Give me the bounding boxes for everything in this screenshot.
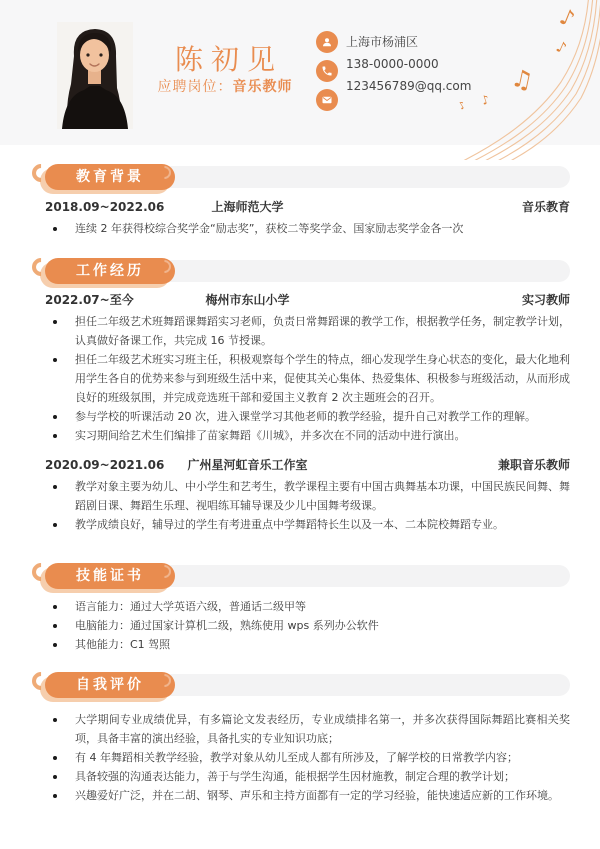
section-header-self-evaluation: 自我评价: [45, 672, 570, 698]
bullet-item: 教学对象主要为幼儿、中小学生和艺考生，教学课程主要有中国古典舞基本功课，中国民族…: [45, 477, 570, 515]
section-header-work: 工作经历: [45, 258, 570, 284]
education-bullet-list: 连续 2 年获得校综合奖学金“励志奖”，获校二等奖学金、国家励志奖学金各一次: [45, 219, 570, 238]
bullet-item: 电脑能力：通过国家计算机二级，熟练使用 wps 系列办公软件: [45, 616, 570, 635]
section-title-badge: 工作经历: [45, 258, 175, 284]
bullet-item: 大学期间专业成绩优异，有多篇论文发表经历，专业成绩排名第一，并多次获得国际舞蹈比…: [45, 710, 570, 748]
entry-organization: 梅州市东山小学: [45, 291, 450, 308]
bullet-item: 实习期间给艺术生们编排了苗家舞蹈《川城》，并多次在不同的活动中进行演出。: [45, 426, 570, 445]
bullet-item: 教学成绩良好，辅导过的学生有考进重点中学舞蹈特长生以及一本、二本院校舞蹈专业。: [45, 515, 570, 534]
entry-organization: 上海师范大学: [45, 198, 450, 215]
entry-role: 音乐教育: [522, 198, 570, 215]
section-header-skills: 技能证书: [45, 563, 570, 589]
entry-role: 兼职音乐教师: [498, 456, 570, 473]
bullet-item: 参与学校的听课活动 20 次，进入课堂学习其他老师的教学经验，提升自己对教学工作…: [45, 407, 570, 426]
bullet-item: 担任二年级艺术班实习班主任，积极观察每个学生的特点，细心发现学生身心状态的变化，…: [45, 350, 570, 407]
bullet-item: 连续 2 年获得校综合奖学金“励志奖”，获校二等奖学金、国家励志奖学金各一次: [45, 219, 570, 238]
bullet-item: 其他能力：C1 驾照: [45, 635, 570, 654]
bullet-item: 担任二年级艺术班舞蹈课舞蹈实习老师，负责日常舞蹈课的教学工作，根据教学任务，制定…: [45, 312, 570, 350]
work-bullet-list: 担任二年级艺术班舞蹈课舞蹈实习老师，负责日常舞蹈课的教学工作，根据教学任务，制定…: [45, 312, 570, 445]
bullet-item: 有 4 年舞蹈相关教学经验，教学对象从幼儿至成人都有所涉及，了解学校的日常教学内…: [45, 748, 570, 767]
section-title-badge: 教育背景: [45, 164, 175, 190]
work-entry-header: 2020.09~2021.06 广州星河虹音乐工作室 兼职音乐教师: [45, 456, 570, 473]
bullet-item: 兴趣爱好广泛，并在二胡、钢琴、声乐和主持方面都有一定的学习经验，能快速适应新的工…: [45, 786, 570, 805]
section-header-education: 教育背景: [45, 164, 570, 190]
education-entry-header: 2018.09~2022.06 上海师范大学 音乐教育: [45, 198, 570, 215]
work-entry-header: 2022.07~至今 梅州市东山小学 实习教师: [45, 291, 570, 308]
section-title-badge: 技能证书: [45, 563, 175, 589]
entry-organization: 广州星河虹音乐工作室: [45, 456, 450, 473]
self-evaluation-bullet-list: 大学期间专业成绩优异，有多篇论文发表经历，专业成绩排名第一，并多次获得国际舞蹈比…: [45, 710, 570, 805]
work-bullet-list: 教学对象主要为幼儿、中小学生和艺考生，教学课程主要有中国古典舞基本功课，中国民族…: [45, 477, 570, 534]
section-title-badge: 自我评价: [45, 672, 175, 698]
entry-role: 实习教师: [522, 291, 570, 308]
bullet-item: 具备较强的沟通表达能力，善于与学生沟通，能根据学生因材施教，制定合理的教学计划；: [45, 767, 570, 786]
resume-body: 教育背景 2018.09~2022.06 上海师范大学 音乐教育 连续 2 年获…: [0, 0, 600, 805]
skills-bullet-list: 语言能力：通过大学英语六级，普通话二级甲等 电脑能力：通过国家计算机二级，熟练使…: [45, 597, 570, 654]
bullet-item: 语言能力：通过大学英语六级，普通话二级甲等: [45, 597, 570, 616]
